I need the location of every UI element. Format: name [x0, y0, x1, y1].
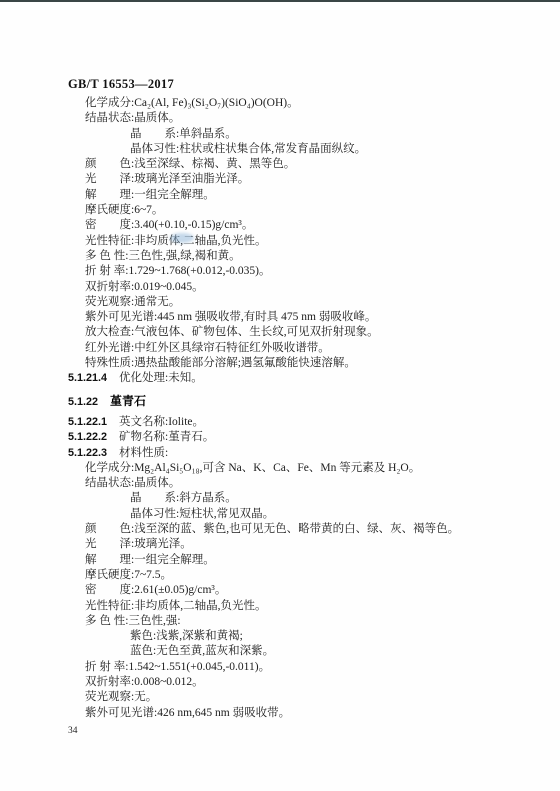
- line-text: 晶 系:单斜晶系。: [130, 128, 237, 140]
- line-text: 折 射 率:1.729~1.768(+0.012,-0.035)。: [85, 265, 271, 277]
- line-text: 紫外可见光谱:426 nm,645 nm 弱吸收带。: [85, 707, 290, 719]
- text-line: 特殊性质:遇热盐酸能部分溶解;遇氢氟酸能快速溶解。: [0, 356, 560, 371]
- text-line: 5.1.22.2矿物名称:堇青石。: [0, 430, 560, 445]
- line-text: 结晶状态:晶质体。: [85, 477, 180, 489]
- line-text: 矿物名称:堇青石。: [119, 431, 214, 443]
- line-text: 晶 系:斜方晶系。: [130, 492, 237, 504]
- text-line: 摩氏硬度:6~7。: [0, 203, 560, 218]
- text-line: 多 色 性:三色性,强,绿,褐和黄。: [0, 249, 560, 264]
- text-line: 晶 系:单斜晶系。: [0, 127, 560, 142]
- text-line: 晶 系:斜方晶系。: [0, 491, 560, 506]
- line-text: 蓝色:无色至黄,蓝灰和深紫。: [130, 645, 274, 657]
- text-line: 光 泽:玻璃光泽。: [0, 537, 560, 552]
- text-line: 化学成分:Mg₂Al₄Si₅O₁₈,可含 Na、K、Ca、Fe、Mn 等元素及 …: [0, 461, 560, 476]
- text-line: 多 色 性:三色性,强:: [0, 614, 560, 629]
- page-top-edge: [0, 0, 560, 2]
- line-text: 特殊性质:遇热盐酸能部分溶解;遇氢氟酸能快速溶解。: [85, 357, 356, 369]
- text-line: 化学成分:Ca₂(Al, Fe)₃(Si₂O₇)(SiO₄)O(OH)。: [0, 96, 560, 111]
- line-text: 英文名称:Iolite。: [119, 416, 204, 428]
- text-line: 晶体习性:短柱状,常见双晶。: [0, 507, 560, 522]
- document-page: GB/T 16553—2017 化学成分:Ca₂(Al, Fe)₃(Si₂O₇)…: [0, 0, 560, 791]
- text-line: 蓝色:无色至黄,蓝灰和深紫。: [0, 644, 560, 659]
- line-text: 颜 色:浅至深绿、棕褐、黄、黑等色。: [85, 158, 295, 170]
- document-body: 化学成分:Ca₂(Al, Fe)₃(Si₂O₇)(SiO₄)O(OH)。结晶状态…: [0, 96, 560, 736]
- clause-number: 5.1.22.1: [68, 416, 107, 428]
- page-number: 34: [0, 726, 560, 736]
- text-line: 光性特征:非均质体,二轴晶,负光性。: [0, 234, 560, 249]
- line-text: 双折射率:0.019~0.045。: [85, 281, 204, 293]
- line-text: 红外光谱:中红外区具绿帘石特征红外吸收谱带。: [85, 342, 330, 354]
- line-text: 多 色 性:三色性,强,绿,褐和黄。: [85, 250, 241, 262]
- line-text: 化学成分:Mg₂Al₄Si₅O₁₈,可含 Na、K、Ca、Fe、Mn 等元素及 …: [85, 462, 420, 474]
- text-line: 双折射率:0.008~0.012。: [0, 675, 560, 690]
- section-heading: 5.1.22堇青石: [0, 394, 560, 410]
- text-line: 光 泽:玻璃光泽至油脂光泽。: [0, 172, 560, 187]
- text-line: 折 射 率:1.542~1.551(+0.045,-0.011)。: [0, 660, 560, 675]
- line-text: 解 理:一组完全解理。: [85, 554, 215, 566]
- line-text: 放大检查:气液包体、矿物包体、生长纹,可见双折射现象。: [85, 326, 379, 338]
- line-text: 化学成分:Ca₂(Al, Fe)₃(Si₂O₇)(SiO₄)O(OH)。: [85, 97, 299, 109]
- text-line: 紫外可见光谱:445 nm 强吸收带,有时具 475 nm 弱吸收峰。: [0, 310, 560, 325]
- text-line: 颜 色:浅至深的蓝、紫色,也可见无色、略带黄的白、绿、灰、褐等色。: [0, 522, 560, 537]
- text-line: 解 理:一组完全解理。: [0, 553, 560, 568]
- line-text: 优化处理:未知。: [119, 372, 203, 384]
- line-text: 结晶状态:晶质体。: [85, 112, 180, 124]
- line-text: 光 泽:玻璃光泽。: [85, 538, 192, 550]
- text-line: 折 射 率:1.729~1.768(+0.012,-0.035)。: [0, 264, 560, 279]
- line-text: 堇青石: [110, 394, 146, 408]
- line-text: 材料性质:: [119, 447, 168, 459]
- text-line: 5.1.22.1英文名称:Iolite。: [0, 415, 560, 430]
- line-text: 紫外可见光谱:445 nm 强吸收带,有时具 475 nm 弱吸收峰。: [85, 311, 376, 323]
- text-line: 晶体习性:柱状或柱状集合体,常发育晶面纵纹。: [0, 142, 560, 157]
- line-text: 光 泽:玻璃光泽至油脂光泽。: [85, 173, 249, 185]
- text-line: 摩氏硬度:7~7.5。: [0, 568, 560, 583]
- clause-number: 5.1.22: [68, 396, 98, 408]
- line-text: 荧光观察:通常无。: [85, 296, 180, 308]
- text-line: 结晶状态:晶质体。: [0, 111, 560, 126]
- text-line: 放大检查:气液包体、矿物包体、生长纹,可见双折射现象。: [0, 325, 560, 340]
- text-line: 双折射率:0.019~0.045。: [0, 280, 560, 295]
- text-line: 光性特征:非均质体,二轴晶,负光性。: [0, 599, 560, 614]
- ink-smudge: [170, 233, 194, 243]
- text-line: 密 度:3.40(+0.10,-0.15)g/cm³。: [0, 218, 560, 233]
- line-text: 密 度:2.61(±0.05)g/cm³。: [85, 584, 226, 596]
- line-text: 折 射 率:1.542~1.551(+0.045,-0.011)。: [85, 661, 270, 673]
- clause-number: 5.1.22.2: [68, 431, 107, 443]
- text-line: 荧光观察:通常无。: [0, 295, 560, 310]
- line-text: 解 理:一组完全解理。: [85, 189, 215, 201]
- text-line: 结晶状态:晶质体。: [0, 476, 560, 491]
- line-text: 荧光观察:无。: [85, 691, 157, 703]
- line-text: 双折射率:0.008~0.012。: [85, 676, 204, 688]
- line-text: 紫色:浅紫,深紫和黄褐;: [130, 630, 243, 642]
- line-text: 多 色 性:三色性,强:: [85, 615, 181, 627]
- line-text: 晶体习性:柱状或柱状集合体,常发育晶面纵纹。: [130, 143, 366, 155]
- text-line: 红外光谱:中红外区具绿帘石特征红外吸收谱带。: [0, 341, 560, 356]
- line-text: 密 度:3.40(+0.10,-0.15)g/cm³。: [85, 219, 253, 231]
- text-line: 颜 色:浅至深绿、棕褐、黄、黑等色。: [0, 157, 560, 172]
- standard-code-header: GB/T 16553—2017: [68, 77, 174, 92]
- line-text: 摩氏硬度:7~7.5。: [85, 569, 172, 581]
- line-text: 摩氏硬度:6~7。: [85, 204, 163, 216]
- text-line: 紫外可见光谱:426 nm,645 nm 弱吸收带。: [0, 706, 560, 721]
- line-text: 晶体习性:短柱状,常见双晶。: [130, 508, 274, 520]
- text-line: 密 度:2.61(±0.05)g/cm³。: [0, 583, 560, 598]
- text-line: 解 理:一组完全解理。: [0, 188, 560, 203]
- text-line: 5.1.22.3材料性质:: [0, 446, 560, 461]
- text-line: 荧光观察:无。: [0, 690, 560, 705]
- line-text: 光性特征:非均质体,二轴晶,负光性。: [85, 600, 266, 612]
- text-line: 紫色:浅紫,深紫和黄褐;: [0, 629, 560, 644]
- text-line: 5.1.21.4优化处理:未知。: [0, 371, 560, 386]
- clause-number: 5.1.21.4: [68, 372, 107, 384]
- clause-number: 5.1.22.3: [68, 447, 107, 459]
- line-text: 颜 色:浅至深的蓝、紫色,也可见无色、略带黄的白、绿、灰、褐等色。: [85, 523, 459, 535]
